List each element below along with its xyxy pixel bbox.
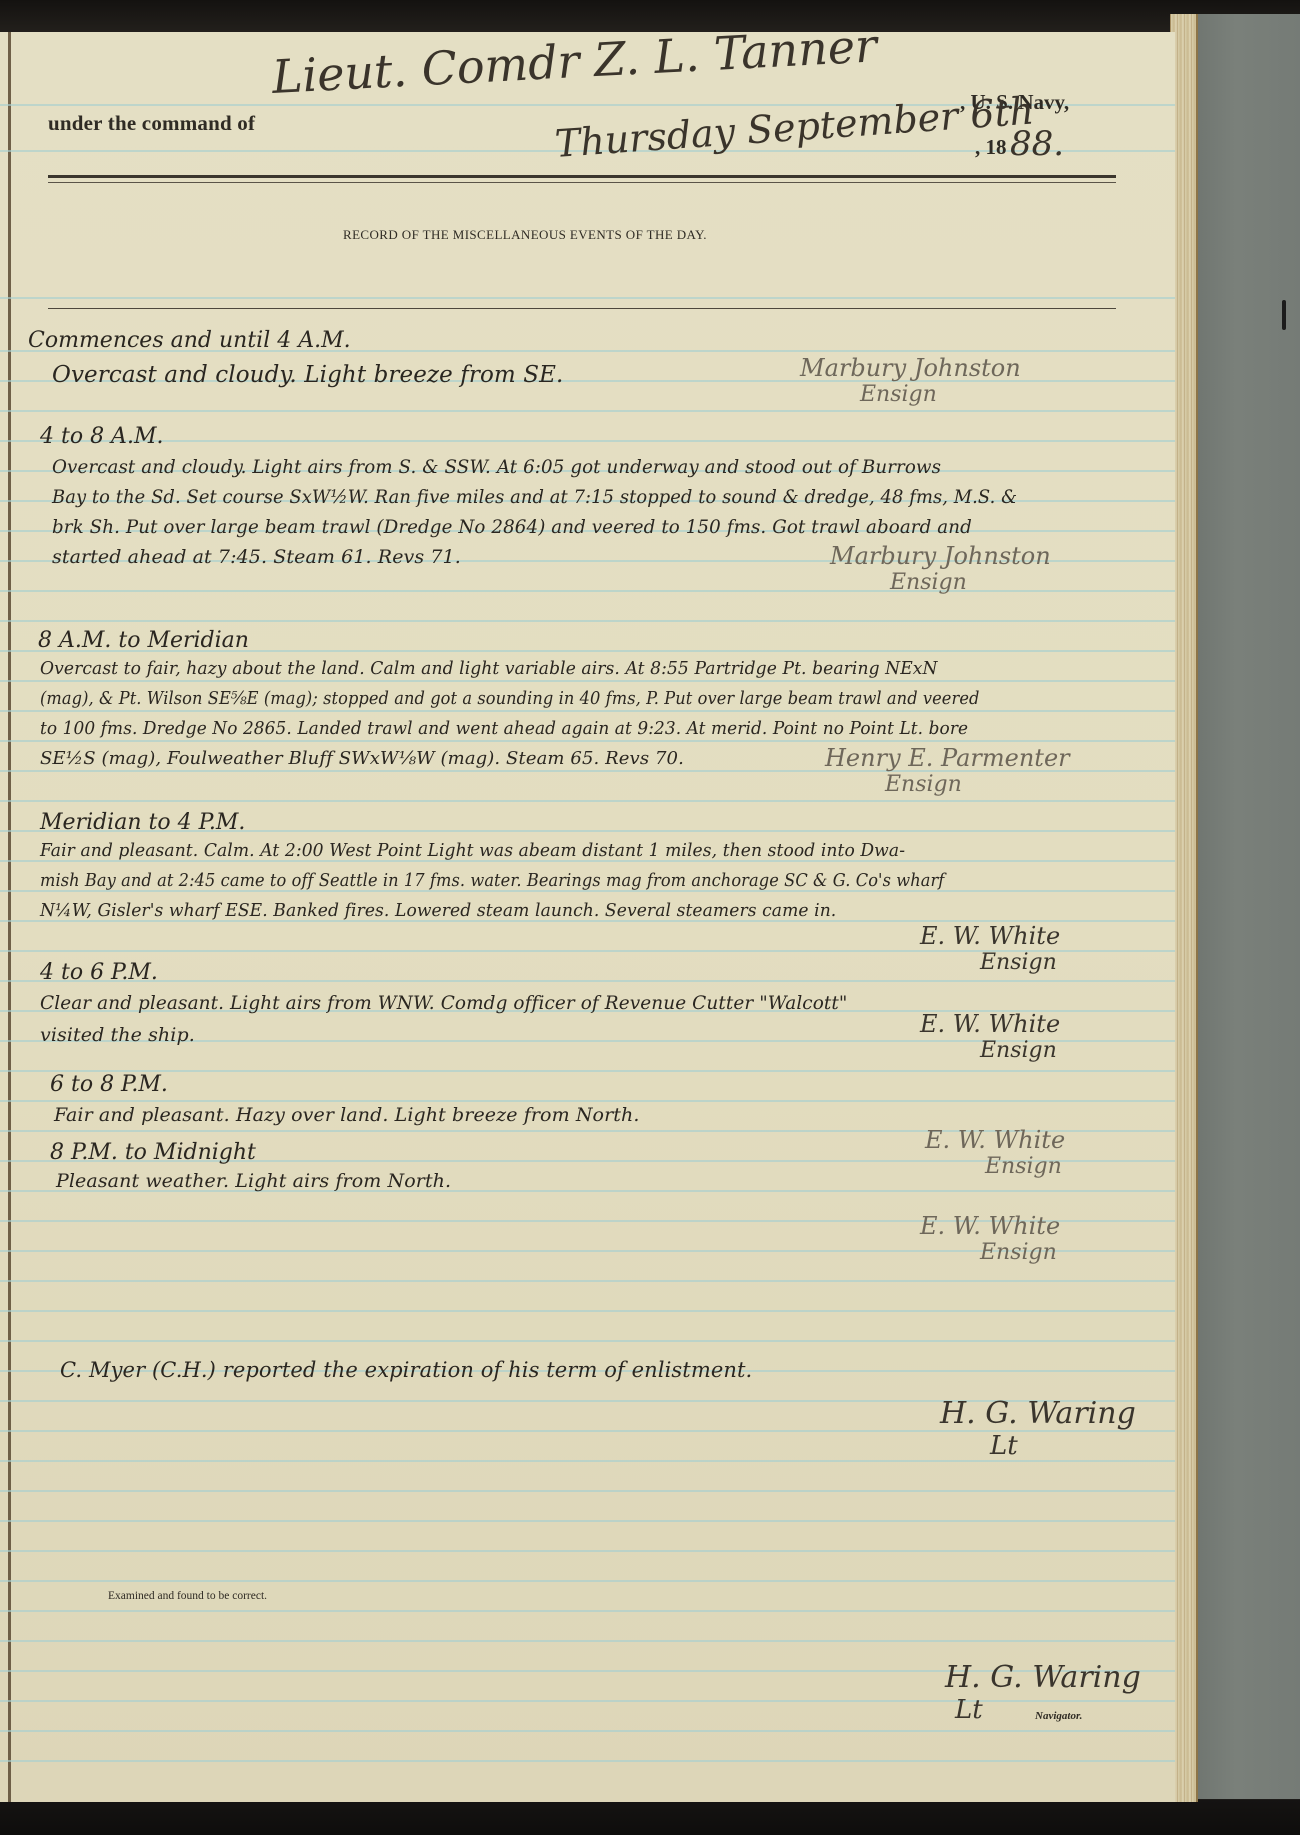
remarks-text: C. Myer (C.H.) reported the expiration o… xyxy=(60,1358,752,1382)
examined-label: Examined and found to be correct. xyxy=(108,1590,267,1602)
ruled-line xyxy=(0,1580,1175,1582)
watch-signature: Marbury Johnston Ensign xyxy=(830,542,1051,595)
ruled-line xyxy=(0,1490,1175,1492)
watch-line: mish Bay and at 2:45 came to off Seattle… xyxy=(40,870,944,891)
section-divider xyxy=(48,308,1116,309)
header-divider-thin xyxy=(48,182,1116,183)
watch-heading: Meridian to 4 P.M. xyxy=(40,810,245,835)
ruled-line xyxy=(0,410,1175,412)
signature-name: H. G. Waring xyxy=(940,1396,1136,1431)
scan-background-top xyxy=(0,0,1300,36)
watch-signature: E. W. White Ensign xyxy=(920,922,1060,975)
log-date: Thursday September 6th xyxy=(553,89,1035,166)
ruled-line xyxy=(0,440,1175,442)
ruled-line xyxy=(0,1310,1175,1312)
navigator-name: H. G. Waring xyxy=(945,1660,1141,1695)
ruled-line xyxy=(0,1760,1175,1762)
watch-line: Overcast and cloudy. Light breeze from S… xyxy=(52,362,563,388)
watch-line: N¼W, Gisler's wharf ESE. Banked fires. L… xyxy=(40,900,836,921)
signature-rank: Ensign xyxy=(890,570,1051,595)
ruled-line xyxy=(0,710,1175,712)
watch-heading: 6 to 8 P.M. xyxy=(50,1072,168,1097)
signature-rank: Lt xyxy=(990,1431,1136,1461)
ruled-line xyxy=(0,980,1175,982)
ruled-line xyxy=(0,1610,1175,1612)
signature-name: E. W. White xyxy=(920,1010,1060,1038)
scan-background-bottom xyxy=(0,1800,1300,1835)
signature-rank: Ensign xyxy=(885,772,1070,797)
watch-heading: 8 P.M. to Midnight xyxy=(50,1140,256,1165)
watch-line: Clear and pleasant. Light airs from WNW.… xyxy=(40,992,848,1014)
commander-name: Lieut. Comdr Z. L. Tanner xyxy=(271,32,879,104)
watch-line: started ahead at 7:45. Steam 61. Revs 71… xyxy=(52,546,461,568)
signature-name: E. W. White xyxy=(920,1212,1060,1240)
section-title: RECORD OF THE MISCELLANEOUS EVENTS OF TH… xyxy=(343,227,707,243)
watch-signature: Henry E. Parmenter Ensign xyxy=(825,744,1070,797)
watch-line: brk Sh. Put over large beam trawl (Dredg… xyxy=(52,516,972,538)
watch-line: Fair and pleasant. Calm. At 2:00 West Po… xyxy=(40,840,905,861)
watch-line: (mag), & Pt. Wilson SE⅝E (mag); stopped … xyxy=(40,688,979,709)
watch-line: to 100 fms. Dredge No 2865. Landed trawl… xyxy=(40,718,968,739)
watch-signature: E. W. White Ensign xyxy=(920,1010,1060,1063)
ruled-line xyxy=(0,1280,1175,1282)
navigator-label: Navigator. xyxy=(1035,1710,1082,1722)
remarks-signature: H. G. Waring Lt xyxy=(940,1396,1136,1461)
watch-heading: 8 A.M. to Meridian xyxy=(38,628,249,653)
watch-heading: Commences and until 4 A.M. xyxy=(28,328,351,353)
header-divider xyxy=(48,175,1116,178)
scan-backing-board xyxy=(1193,14,1300,1799)
command-label: under the command of xyxy=(48,111,255,136)
watch-heading: 4 to 8 A.M. xyxy=(40,424,163,449)
ruled-line xyxy=(0,1520,1175,1522)
year-prefix: , 18 xyxy=(975,135,1007,160)
signature-name: E. W. White xyxy=(920,922,1060,950)
signature-rank: Ensign xyxy=(985,1154,1065,1179)
ruled-line xyxy=(0,297,1175,299)
watch-line: Fair and pleasant. Hazy over land. Light… xyxy=(54,1104,640,1126)
signature-rank: Ensign xyxy=(980,950,1060,975)
ruled-line xyxy=(0,1550,1175,1552)
signature-name: Henry E. Parmenter xyxy=(825,744,1070,772)
ruled-line xyxy=(0,620,1175,622)
ruled-line xyxy=(0,1100,1175,1102)
watch-signature: E. W. White Ensign xyxy=(925,1126,1065,1179)
watch-line: Bay to the Sd. Set course SxW½W. Ran fiv… xyxy=(52,486,1017,508)
ruled-line xyxy=(0,800,1175,802)
ruled-line xyxy=(0,1070,1175,1072)
signature-rank: Ensign xyxy=(980,1038,1060,1063)
watch-signature: E. W. White Ensign xyxy=(920,1212,1060,1265)
ruled-line xyxy=(0,1340,1175,1342)
year-suffix: 88. xyxy=(1010,124,1064,164)
watch-heading: 4 to 6 P.M. xyxy=(40,960,158,985)
watch-line: Pleasant weather. Light airs from North. xyxy=(56,1170,451,1192)
signature-name: E. W. White xyxy=(925,1126,1065,1154)
ruled-line xyxy=(0,1640,1175,1642)
watch-line: Overcast to fair, hazy about the land. C… xyxy=(40,658,938,679)
ruled-line xyxy=(0,1730,1175,1732)
signature-rank: Ensign xyxy=(860,382,1021,407)
logbook-page: under the command of Lieut. Comdr Z. L. … xyxy=(0,32,1175,1802)
watch-line: Overcast and cloudy. Light airs from S. … xyxy=(52,456,941,478)
ruled-line xyxy=(0,680,1175,682)
watch-line: visited the ship. xyxy=(40,1024,195,1046)
watch-signature: Marbury Johnston Ensign xyxy=(800,354,1021,407)
board-mark xyxy=(1282,300,1286,330)
watch-line: SE½S (mag), Foulweather Bluff SWxW⅛W (ma… xyxy=(40,748,684,769)
signature-rank: Ensign xyxy=(980,1240,1060,1265)
signature-name: Marbury Johnston xyxy=(830,542,1051,570)
ruled-line xyxy=(0,740,1175,742)
signature-name: Marbury Johnston xyxy=(800,354,1021,382)
